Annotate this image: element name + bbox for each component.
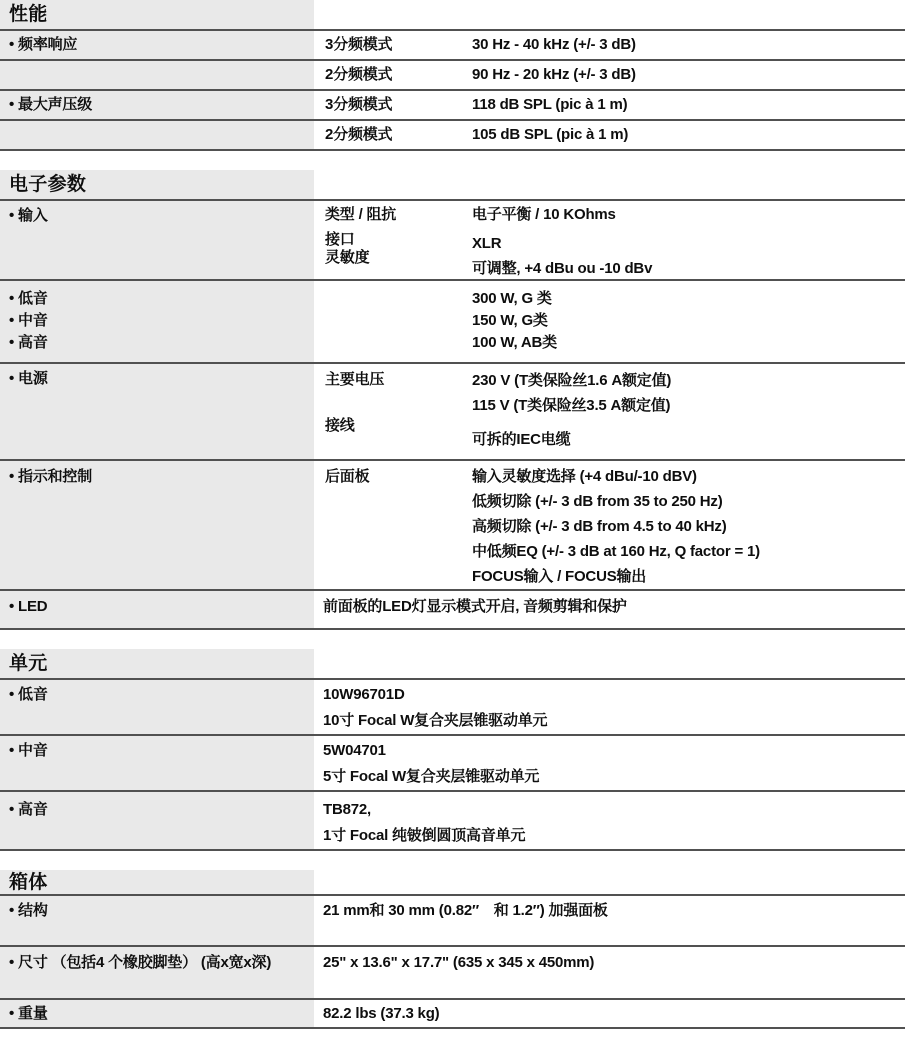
- spec-label-cell: • 指示和控制: [0, 461, 314, 589]
- spec-subkey-line: 接口: [325, 229, 472, 250]
- spec-label-cell: • 重量: [0, 1000, 314, 1027]
- spec-value-cell: 输入灵敏度选择 (+4 dBu/-10 dBV) 低频切除 (+/- 3 dB …: [472, 461, 905, 589]
- section-title: 性能: [0, 0, 314, 29]
- row-woofer: • 低音 10W96701D 10寸 Focal W复合夹层锥驱动单元: [0, 680, 905, 736]
- spec-subkey-cell: 主要电压 接线: [314, 364, 472, 459]
- row-dimensions: • 尺寸 （包括4 个橡胶脚垫） (高x宽x深) 25" x 13.6" x 1…: [0, 947, 905, 1000]
- spec-label-line: • 低音: [9, 288, 314, 310]
- spec-value-cell: 105 dB SPL (pic à 1 m): [472, 121, 905, 149]
- spec-value-line: 1寸 Focal 纯铍倒圆顶高音单元: [323, 823, 905, 849]
- row-indicators-controls: • 指示和控制 后面板 输入灵敏度选择 (+4 dBu/-10 dBV) 低频切…: [0, 461, 905, 591]
- spec-value-cell: 230 V (T类保险丝1.6 A额定值) 115 V (T类保险丝3.5 A额…: [472, 364, 905, 459]
- section-header-band: 性能: [0, 0, 314, 29]
- spec-value-cell: 82.2 lbs (37.3 kg): [314, 1000, 905, 1027]
- spec-value-cell: TB872, 1寸 Focal 纯铍倒圆顶高音单元: [314, 792, 905, 849]
- spec-label-cell: • 输入: [0, 201, 314, 279]
- spec-label-cell: • 电源: [0, 364, 314, 459]
- row-max-spl-2way: 2分频模式 105 dB SPL (pic à 1 m): [0, 121, 905, 151]
- spec-value-line: 300 W, G 类: [472, 288, 905, 310]
- spec-label-cell: • 最大声压级: [0, 91, 314, 119]
- spec-label-cell: • 结构: [0, 896, 314, 945]
- spec-value-line: 中低频EQ (+/- 3 dB at 160 Hz, Q factor = 1): [472, 539, 905, 564]
- section-header: 单元: [0, 649, 905, 680]
- spec-subkey-cell: 3分频模式: [314, 91, 472, 119]
- spec-label-cell: • LED: [0, 591, 314, 628]
- spec-value-line: 输入灵敏度选择 (+4 dBu/-10 dBV): [472, 464, 905, 489]
- spec-value-line: 可拆的IEC电缆: [472, 427, 905, 452]
- spec-table: 性能 • 频率响应 3分频模式 30 Hz - 40 kHz (+/- 3 dB…: [0, 0, 905, 1029]
- spec-value-cell: 21 mm和 30 mm (0.82″ 和 1.2″) 加强面板: [314, 896, 905, 945]
- section-drivers: 单元 • 低音 10W96701D 10寸 Focal W复合夹层锥驱动单元 •…: [0, 649, 905, 851]
- spec-subkey-cell: [314, 281, 472, 362]
- section-header-band: 单元: [0, 649, 314, 678]
- spec-subkey-cell: 3分频模式: [314, 31, 472, 59]
- row-midrange: • 中音 5W04701 5寸 Focal W复合夹层锥驱动单元: [0, 736, 905, 792]
- spec-value-cell: 25" x 13.6" x 17.7" (635 x 345 x 450mm): [314, 947, 905, 998]
- spec-label-line: • 高音: [9, 332, 314, 354]
- spec-value-line: 高频切除 (+/- 3 dB from 4.5 to 40 kHz): [472, 514, 905, 539]
- spec-value-line: 低频切除 (+/- 3 dB from 35 to 250 Hz): [472, 489, 905, 514]
- section-title: 箱体: [0, 870, 314, 895]
- row-amplifier-power: • 低音 • 中音 • 高音 300 W, G 类 150 W, G类 100 …: [0, 281, 905, 364]
- spec-value-cell: 前面板的LED灯显示模式开启, 音频剪辑和保护: [314, 591, 905, 628]
- row-frequency-response-2way: 2分频模式 90 Hz - 20 kHz (+/- 3 dB): [0, 61, 905, 91]
- row-frequency-response-3way: • 频率响应 3分频模式 30 Hz - 40 kHz (+/- 3 dB): [0, 31, 905, 61]
- spec-value-line: 100 W, AB类: [472, 332, 905, 354]
- spec-value-cell: 30 Hz - 40 kHz (+/- 3 dB): [472, 31, 905, 59]
- spec-label-line: • 中音: [9, 310, 314, 332]
- spec-value-cell: 118 dB SPL (pic à 1 m): [472, 91, 905, 119]
- section-header: 箱体: [0, 870, 905, 896]
- spec-subkey-line: 类型 / 阻抗: [325, 201, 472, 229]
- spec-value-line: 5寸 Focal W复合夹层锥驱动单元: [323, 764, 905, 790]
- spec-subkey-cell: 类型 / 阻抗 接口 灵敏度: [314, 201, 472, 279]
- section-title: 单元: [0, 649, 314, 678]
- spec-label-cell: • 尺寸 （包括4 个橡胶脚垫） (高x宽x深): [0, 947, 314, 998]
- spec-subkey-cell: 2分频模式: [314, 121, 472, 149]
- spec-label-cell: • 中音: [0, 736, 314, 790]
- spec-subkey-cell: 2分频模式: [314, 61, 472, 89]
- row-tweeter: • 高音 TB872, 1寸 Focal 纯铍倒圆顶高音单元: [0, 792, 905, 851]
- spec-value-line: 电子平衡 / 10 KOhms: [472, 201, 905, 229]
- spec-value-line: 230 V (T类保险丝1.6 A额定值): [472, 368, 905, 393]
- row-power-supply: • 电源 主要电压 接线 230 V (T类保险丝1.6 A额定值) 115 V…: [0, 364, 905, 461]
- spec-label-cell: [0, 61, 314, 89]
- spec-value-cell: 5W04701 5寸 Focal W复合夹层锥驱动单元: [314, 736, 905, 790]
- spec-value-line: 150 W, G类: [472, 310, 905, 332]
- spec-value-line: 可调整, +4 dBu ou -10 dBv: [472, 258, 905, 279]
- spec-subkey-line: 主要电压: [325, 368, 472, 392]
- spec-subkey-line: 灵敏度: [325, 250, 472, 265]
- spec-value-line: 115 V (T类保险丝3.5 A额定值): [472, 393, 905, 418]
- spec-label-cell: • 低音 • 中音 • 高音: [0, 281, 314, 362]
- spec-value-cell: 300 W, G 类 150 W, G类 100 W, AB类: [472, 281, 905, 362]
- spec-label-cell: • 低音: [0, 680, 314, 734]
- spec-value-cell: 90 Hz - 20 kHz (+/- 3 dB): [472, 61, 905, 89]
- section-header: 电子参数: [0, 170, 905, 201]
- row-construction: • 结构 21 mm和 30 mm (0.82″ 和 1.2″) 加强面板: [0, 896, 905, 947]
- spec-value-line: TB872,: [323, 797, 905, 823]
- row-weight: • 重量 82.2 lbs (37.3 kg): [0, 1000, 905, 1029]
- section-header-band: 箱体: [0, 870, 314, 894]
- spec-subkey-cell: 后面板: [314, 461, 472, 589]
- section-title: 电子参数: [0, 170, 314, 199]
- spec-label-cell: • 高音: [0, 792, 314, 849]
- section-cabinet: 箱体 • 结构 21 mm和 30 mm (0.82″ 和 1.2″) 加强面板…: [0, 870, 905, 1029]
- section-electronics: 电子参数 • 输入 类型 / 阻抗 接口 灵敏度 电子平衡 / 10 KOhms…: [0, 170, 905, 630]
- row-max-spl-3way: • 最大声压级 3分频模式 118 dB SPL (pic à 1 m): [0, 91, 905, 121]
- spec-value-line: 10寸 Focal W复合夹层锥驱动单元: [323, 708, 905, 734]
- spec-value-cell: 电子平衡 / 10 KOhms XLR 可调整, +4 dBu ou -10 d…: [472, 201, 905, 279]
- row-input: • 输入 类型 / 阻抗 接口 灵敏度 电子平衡 / 10 KOhms XLR …: [0, 201, 905, 281]
- spec-subkey-line: 接线: [325, 414, 472, 438]
- spec-subkey-line: 后面板: [325, 464, 472, 489]
- spec-label-cell: • 频率响应: [0, 31, 314, 59]
- spec-value-line: 10W96701D: [323, 682, 905, 708]
- row-led: • LED 前面板的LED灯显示模式开启, 音频剪辑和保护: [0, 591, 905, 630]
- section-header-band: 电子参数: [0, 170, 314, 199]
- spec-value-line: 5W04701: [323, 738, 905, 764]
- section-performance: 性能 • 频率响应 3分频模式 30 Hz - 40 kHz (+/- 3 dB…: [0, 0, 905, 151]
- spec-value-cell: 10W96701D 10寸 Focal W复合夹层锥驱动单元: [314, 680, 905, 734]
- section-header: 性能: [0, 0, 905, 31]
- spec-value-line: XLR: [472, 229, 905, 258]
- spec-label-cell: [0, 121, 314, 149]
- spec-value-line: FOCUS输入 / FOCUS输出: [472, 564, 905, 589]
